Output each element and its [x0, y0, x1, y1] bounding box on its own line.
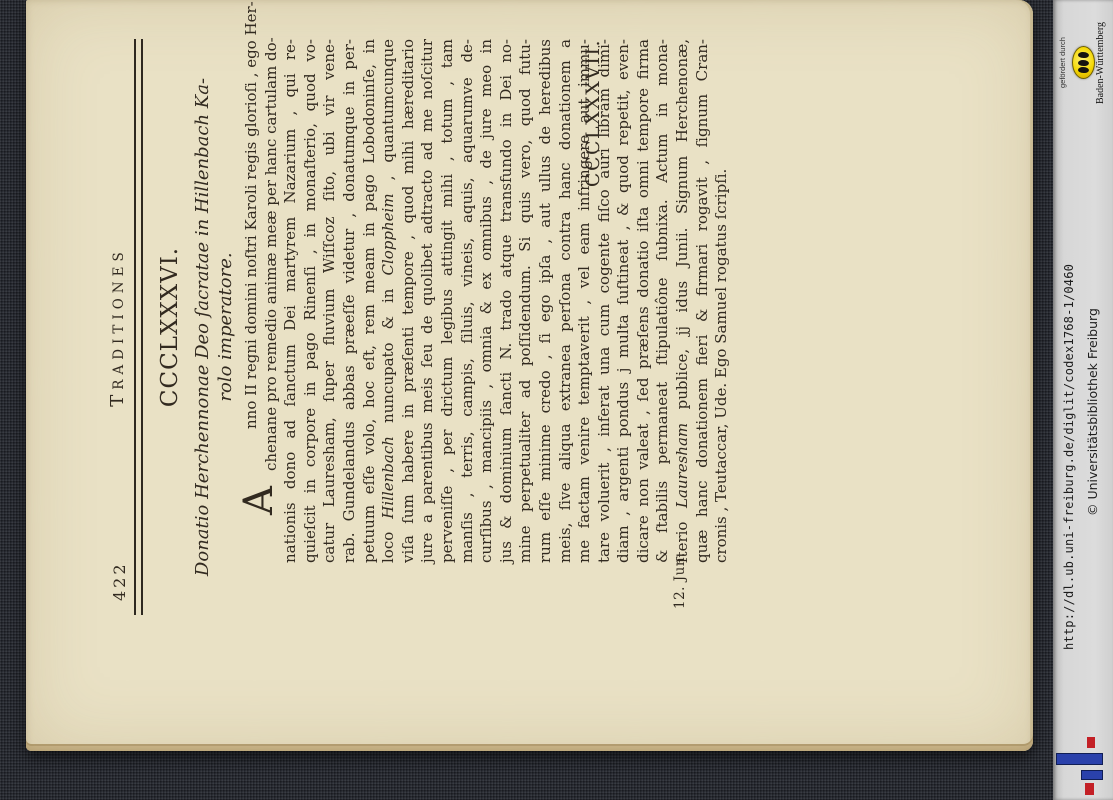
header-rule-thin — [134, 39, 136, 615]
book-page-scan: 422 TRADITIONES CCCLXXXVI. Donatio Herch… — [26, 0, 1033, 751]
funder-name: Baden-Württemberg — [1095, 22, 1106, 104]
copyright-notice: © Universitätsbibliothek Freiburg — [1085, 308, 1100, 516]
body-line: quæ hanc donationem fieri & firmari roga… — [693, 39, 713, 563]
body-line: curſibus , mancipiis , omnia & ex omnibu… — [477, 39, 497, 563]
registration-mark-blue-bar-small — [1081, 770, 1103, 780]
body-line: catur Lauresham, ſuper fluvium Wiſſcoz ſ… — [320, 39, 340, 563]
page-content-rotated: 422 TRADITIONES CCCLXXXVI. Donatio Herch… — [26, 0, 1033, 751]
body-line: cronis , Teutaccar, Ude. Ego Samuel roga… — [712, 39, 732, 563]
body-line: nationis dono ad ſanctum Dei martyrem Na… — [281, 39, 301, 563]
digital-collection-url: http://dl.ub.uni-freiburg.de/diglit/code… — [1062, 264, 1076, 650]
body-line: ſterio Lauresham publice, jj idus Junii.… — [673, 39, 693, 563]
charter-title-line-2: rolo imperatore. — [214, 39, 237, 615]
header-rule-thick — [141, 39, 144, 615]
body-line: dicare non valeat , ſed præſens donatio … — [634, 39, 654, 563]
body-line: rum eſſe minime credo , ſi ego ipſa , au… — [536, 39, 556, 563]
body-line: loco Hillenbach nuncupato & in Cloppheim… — [379, 39, 399, 563]
charter-title: Donatio Herchennonae Deo ſacratae in Hil… — [191, 39, 237, 615]
body-line: meis, ſive aliqua extranea perſona contr… — [556, 39, 576, 563]
body-line: rab. Gundelandus abbas præeſſe videtur ,… — [340, 39, 360, 563]
body-line: jus & dominium ſancti N. trado atque tra… — [497, 39, 517, 563]
digitized-book-scan-view: { "page": { "number": "422", "running_he… — [0, 0, 1113, 800]
body-line: diam , argenti pondus j multa ſuſtineat … — [614, 39, 634, 563]
body-line: quieſcit in corpore in pago Rinenſi , in… — [301, 39, 321, 563]
body-line: manſis , terris, campis, ſiluis, vineis,… — [458, 39, 478, 563]
body-line: nno II regni domini noſtri Karoli regis … — [242, 39, 262, 563]
body-line: jure a parentibus meis ſeu de quolibet a… — [418, 39, 438, 563]
lion-icon — [1077, 67, 1089, 73]
funding-credit-label: gefördert durch — [1058, 37, 1067, 88]
date-margin-note: 12. Jun. — [671, 552, 691, 609]
running-head: TRADITIONES — [107, 39, 128, 615]
baden-wuerttemberg-coat-of-arms-icon — [1072, 46, 1095, 79]
body-line: mine perpetualiter ad poſſidendum. Si qu… — [516, 39, 536, 563]
drop-cap-initial: A — [239, 486, 279, 515]
charter-number-heading: CCCLXXXVI. — [157, 39, 183, 615]
registration-mark-blue-bar — [1056, 753, 1103, 765]
body-line: & ſtabilis permaneat ſtipulatiône ſubnix… — [653, 39, 673, 563]
registration-mark-red-square-small — [1085, 783, 1094, 795]
charter-title-line-1: Donatio Herchennonae Deo ſacratae in Hil… — [191, 39, 214, 615]
registration-mark-red-square — [1087, 737, 1095, 748]
next-charter-catchword: CCCLXXXVII. — [582, 39, 604, 563]
lion-icon — [1077, 60, 1089, 66]
charter-body-text: A 12. Jun. nno II regni domini noſtri Ka… — [242, 39, 732, 563]
body-line: petuum eſſe volo, hoc eſt, rem meam in p… — [360, 39, 380, 563]
lion-icon — [1077, 52, 1089, 58]
body-line: viſa ſum habere in præſenti tempore , qu… — [399, 39, 419, 563]
body-line: chenane pro remedio animæ meæ per hanc c… — [262, 39, 282, 563]
body-line: perveniſſe , per drictum legibus attingi… — [438, 39, 458, 563]
